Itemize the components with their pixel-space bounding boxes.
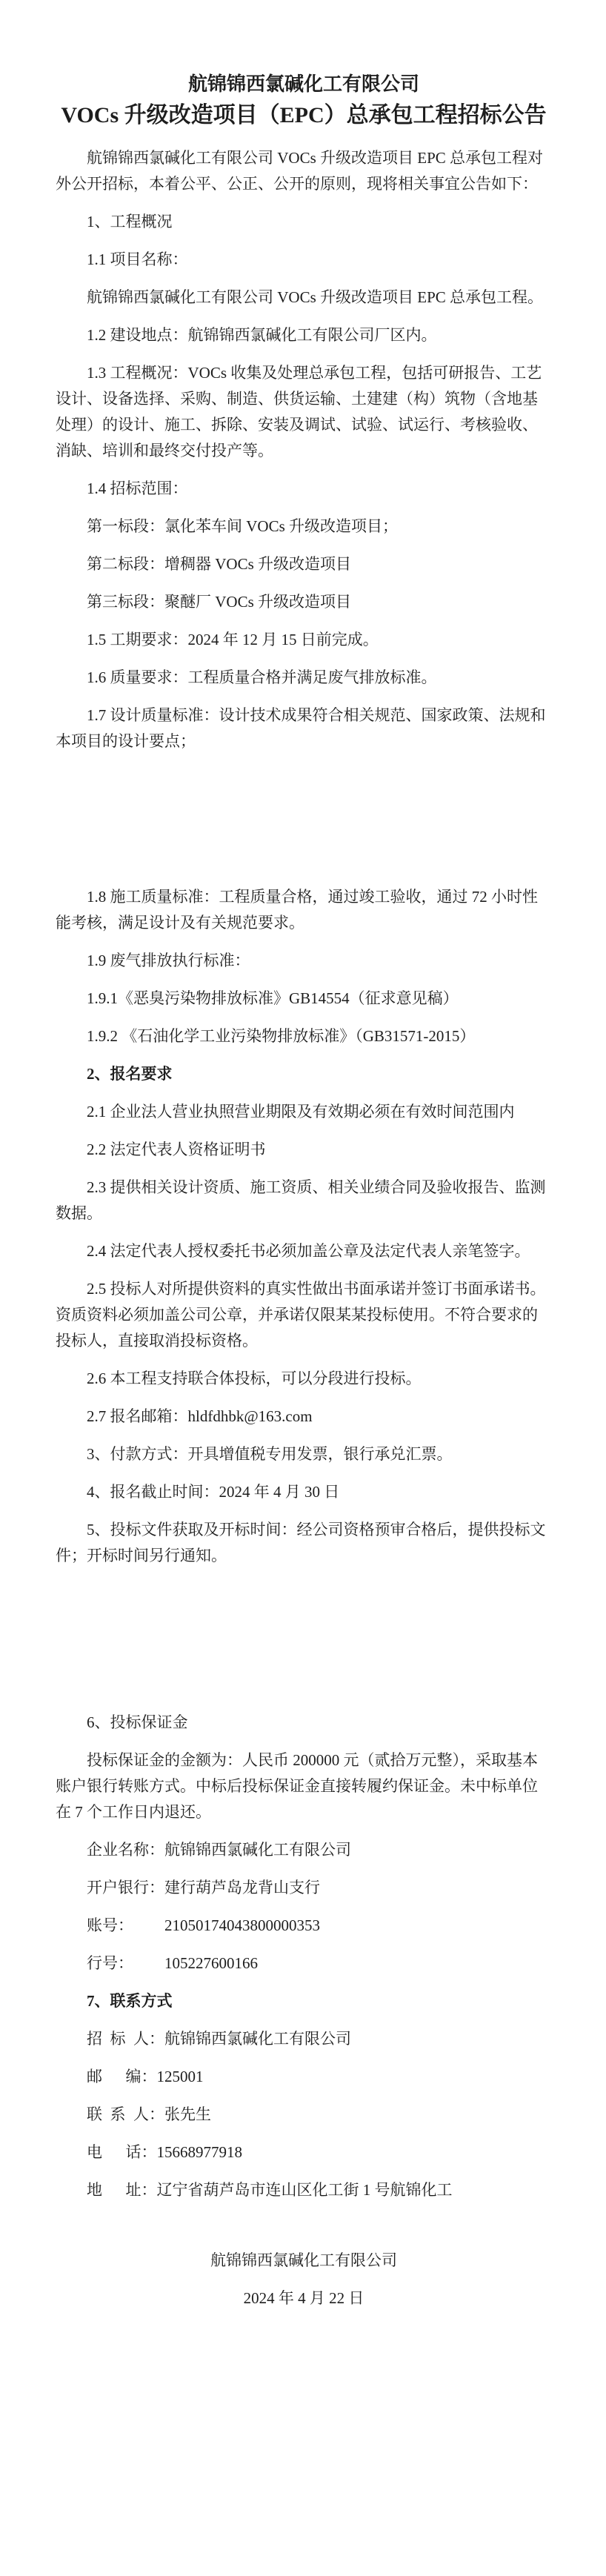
section-1-heading: 1、工程概况 bbox=[56, 209, 552, 235]
section-7-heading: 7、联系方式 bbox=[56, 1988, 552, 2014]
signature-block: 航锦锦西氯碱化工有限公司 2024 年 4 月 22 日 bbox=[56, 2248, 552, 2311]
para-1-1-label: 1.1 项目名称： bbox=[56, 247, 552, 273]
para-1-4: 1.4 招标范围： bbox=[56, 476, 552, 502]
para-2-1: 2.1 企业法人营业执照营业期限及有效期必须在有效时间范围内 bbox=[56, 1099, 552, 1125]
para-1-3: 1.3 工程概况：VOCs 收集及处理总承包工程，包括可研报告、工艺设计、设备选… bbox=[56, 360, 552, 464]
intro-paragraph: 航锦锦西氯碱化工有限公司 VOCs 升级改造项目 EPC 总承包工程对外公开招标… bbox=[56, 145, 552, 197]
doc-body: 航锦锦西氯碱化工有限公司 VOCs 升级改造项目 EPC 总承包工程对外公开招标… bbox=[56, 145, 552, 2203]
para-postcode: 邮 编：125001 bbox=[56, 2064, 552, 2090]
para-2-3: 2.3 提供相关设计资质、施工资质、相关业绩合同及验收报告、监测数据。 bbox=[56, 1175, 552, 1226]
para-contact-person: 联 系 人：张先生 bbox=[56, 2102, 552, 2128]
para-bid-section-1: 第一标段：氯化苯车间 VOCs 升级改造项目； bbox=[56, 514, 552, 540]
para-bid-section-3: 第三标段：聚醚厂 VOCs 升级改造项目 bbox=[56, 589, 552, 615]
doc-title-line1: 航锦锦西氯碱化工有限公司 bbox=[56, 73, 552, 96]
para-phone: 电 话：15668977918 bbox=[56, 2140, 552, 2165]
para-address: 地 址：辽宁省葫芦岛市连山区化工街 1 号航锦化工 bbox=[56, 2177, 552, 2203]
doc-title-line2: VOCs 升级改造项目（EPC）总承包工程招标公告 bbox=[56, 102, 552, 129]
para-2-7-email: 2.7 报名邮箱：hldfdhbk@163.com bbox=[56, 1404, 552, 1430]
para-2-2: 2.2 法定代表人资格证明书 bbox=[56, 1137, 552, 1163]
para-1-7: 1.7 设计质量标准：设计技术成果符合相关规范、国家政策、法规和本项目的设计要点… bbox=[56, 703, 552, 754]
para-bid-section-2: 第二标段：增稠器 VOCs 升级改造项目 bbox=[56, 551, 552, 577]
para-1-9-1: 1.9.1《恶臭污染物排放标准》GB14554（征求意见稿） bbox=[56, 986, 552, 1012]
para-2-5: 2.5 投标人对所提供资料的真实性做出书面承诺并签订书面承诺书。资质资料必须加盖… bbox=[56, 1276, 552, 1354]
para-2-6: 2.6 本工程支持联合体投标，可以分段进行投标。 bbox=[56, 1366, 552, 1392]
section-3-payment: 3、付款方式：开具增值税专用发票，银行承兑汇票。 bbox=[56, 1441, 552, 1467]
section-6-heading: 6、投标保证金 bbox=[56, 1710, 552, 1736]
para-1-5: 1.5 工期要求：2024 年 12 月 15 日前完成。 bbox=[56, 627, 552, 653]
para-1-1-value: 航锦锦西氯碱化工有限公司 VOCs 升级改造项目 EPC 总承包工程。 bbox=[56, 285, 552, 311]
para-account-number: 账号： 21050174043800000353 bbox=[56, 1913, 552, 1939]
para-bank-name: 开户银行：建行葫芦岛龙背山支行 bbox=[56, 1875, 552, 1901]
para-tenderee: 招 标 人：航锦锦西氯碱化工有限公司 bbox=[56, 2026, 552, 2052]
section-4-deadline: 4、报名截止时间：2024 年 4 月 30 日 bbox=[56, 1479, 552, 1505]
para-2-4: 2.4 法定代表人授权委托书必须加盖公章及法定代表人亲笔签字。 bbox=[56, 1238, 552, 1264]
para-1-8: 1.8 施工质量标准：工程质量合格，通过竣工验收，通过 72 小时性能考核，满足… bbox=[56, 884, 552, 936]
signature-company: 航锦锦西氯碱化工有限公司 bbox=[56, 2248, 552, 2274]
section-2-heading: 2、报名要求 bbox=[56, 1061, 552, 1087]
section-5-bid-docs: 5、投标文件获取及开标时间：经公司资格预审合格后，提供投标文件；开标时间另行通知… bbox=[56, 1517, 552, 1569]
para-company-name: 企业名称：航锦锦西氯碱化工有限公司 bbox=[56, 1837, 552, 1863]
para-bank-number: 行号： 105227600166 bbox=[56, 1951, 552, 1976]
para-deposit-detail: 投标保证金的金额为：人民币 200000 元（贰拾万元整），采取基本账户银行转账… bbox=[56, 1747, 552, 1825]
para-1-6: 1.6 质量要求：工程质量合格并满足废气排放标准。 bbox=[56, 665, 552, 691]
para-1-2: 1.2 建设地点：航锦锦西氯碱化工有限公司厂区内。 bbox=[56, 322, 552, 348]
page: 航锦锦西氯碱化工有限公司 VOCs 升级改造项目（EPC）总承包工程招标公告 航… bbox=[0, 0, 606, 2576]
signature-date: 2024 年 4 月 22 日 bbox=[56, 2285, 552, 2311]
para-1-9: 1.9 废气排放执行标准： bbox=[56, 948, 552, 974]
para-1-9-2: 1.9.2 《石油化学工业污染物排放标准》（GB31571-2015） bbox=[56, 1023, 552, 1049]
